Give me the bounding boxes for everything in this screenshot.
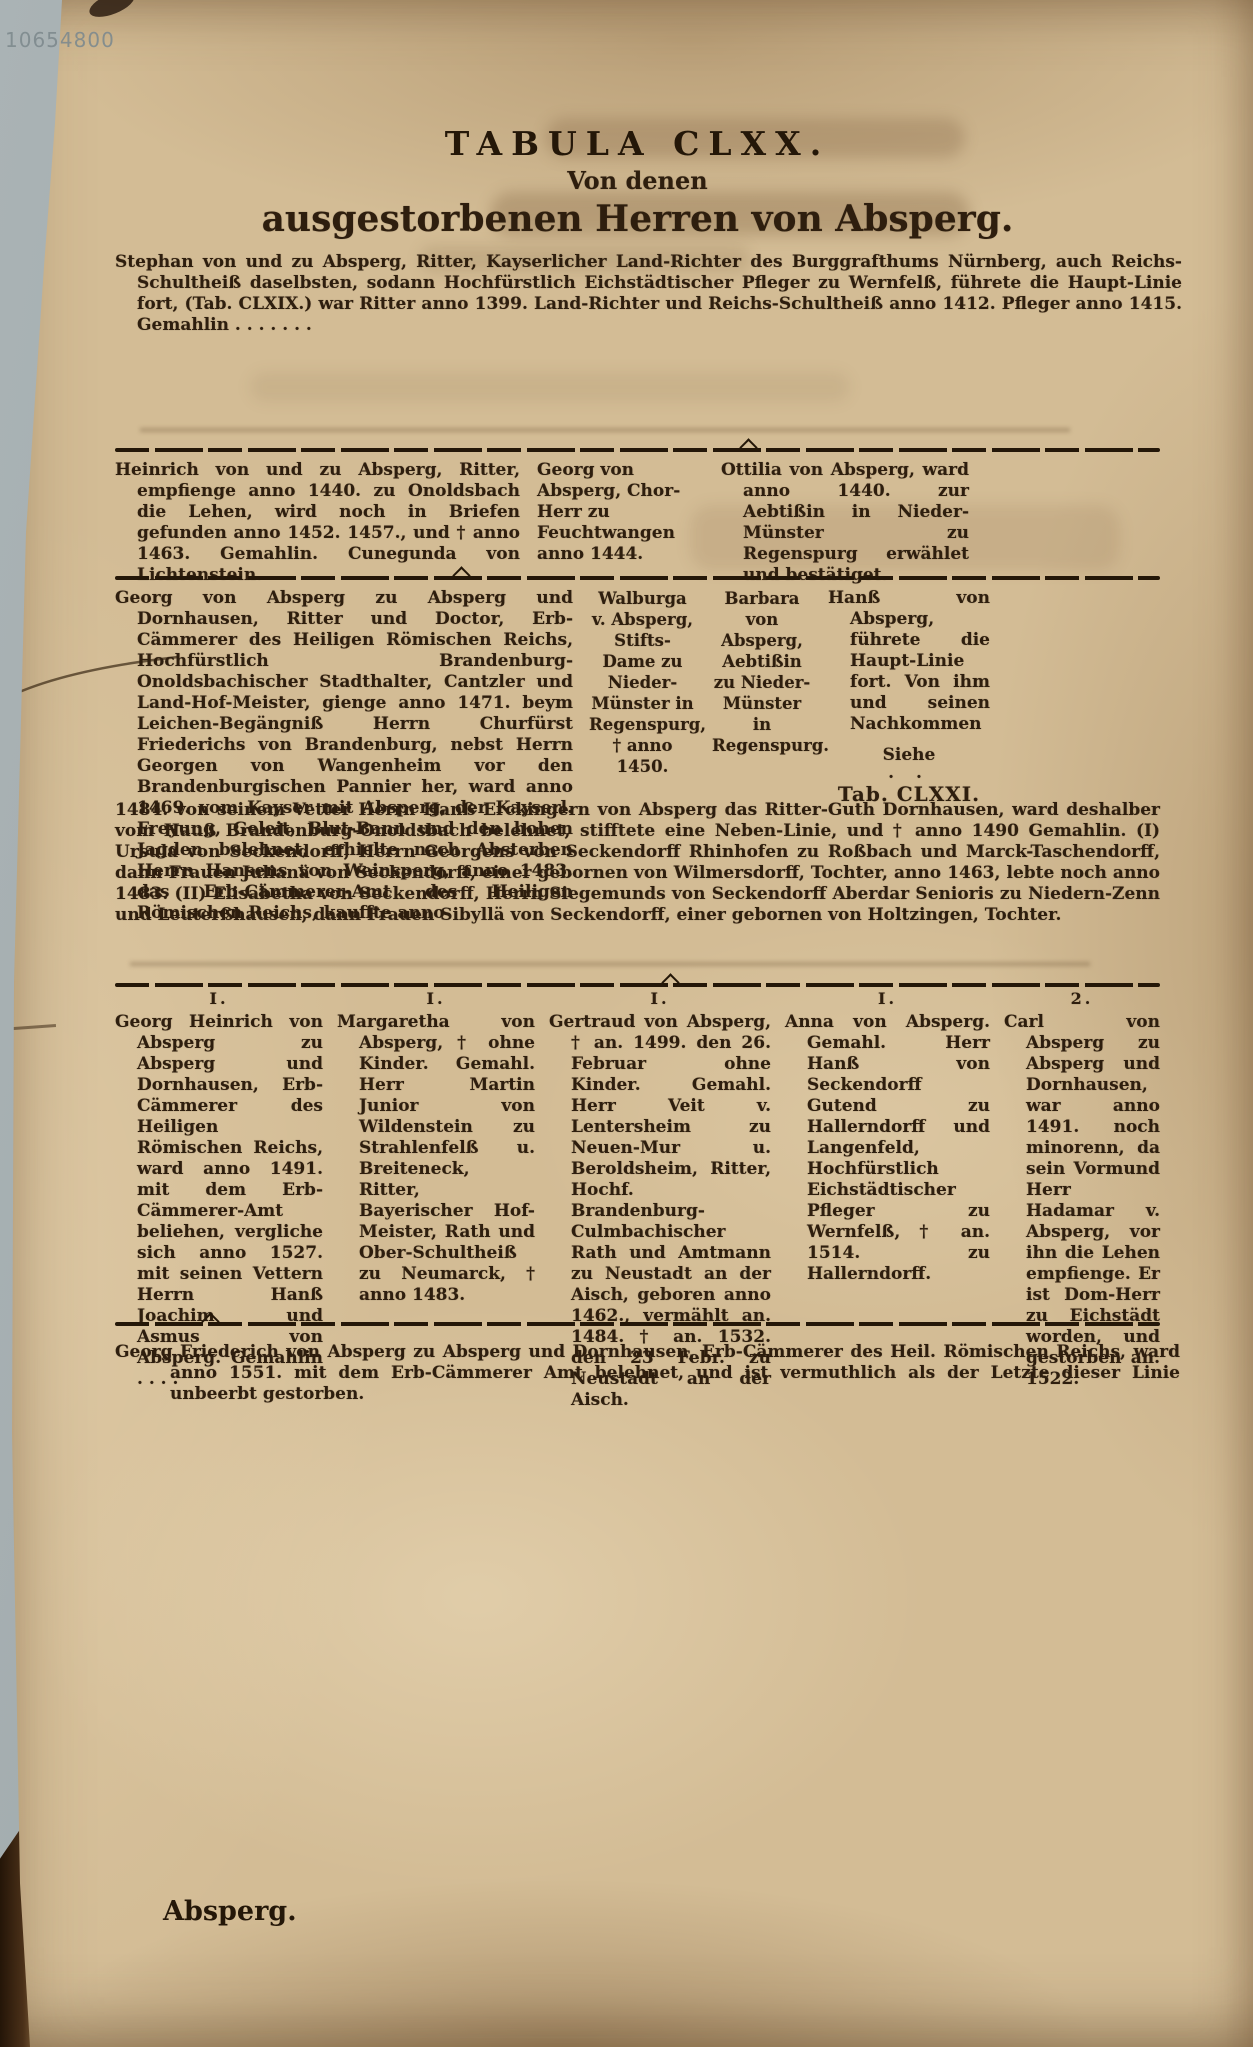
- generation4-numbers-row: I. I. I. I. 2.: [115, 988, 1160, 1009]
- page-paper: TABULA CLXX. Von denen ausgestorbenen He…: [0, 0, 1253, 2047]
- generation-divider: [115, 983, 1160, 987]
- margin-dash-mark: [0, 1024, 56, 1031]
- column-number: I.: [337, 988, 535, 1009]
- person-entry-hanss-text: Hanß von Absperg, führete die Haupt-Lini…: [828, 588, 990, 735]
- descent-caret-icon: [739, 438, 757, 456]
- generation-divider: [115, 1322, 1160, 1326]
- title-main: ausgestorbenen Herren von Absperg.: [115, 198, 1160, 240]
- person-entry-georg-chorherr: Georg von Absperg, Chor-Herr zu Feuchtwa…: [537, 460, 704, 586]
- georg-doctor-continuation: 1484. von seinem Vetter Herrn Hanß Ercki…: [115, 800, 1160, 926]
- scan-watermark: 10654800: [5, 28, 115, 52]
- tabula-number-heading: TABULA CLXX.: [115, 124, 1160, 164]
- column-number: I.: [549, 988, 771, 1009]
- column-number: I.: [785, 988, 990, 1009]
- generation2-row: Heinrich von und zu Absperg, Ritter, emp…: [115, 460, 1160, 586]
- title-von-denen: Von denen: [115, 166, 1160, 196]
- generation-divider: [115, 448, 1160, 452]
- generation-divider: [115, 576, 1160, 580]
- person-entry-ottilia: Ottilia von Absperg, ward anno 1440. zur…: [721, 460, 969, 586]
- page-title-block: TABULA CLXX. Von denen ausgestorbenen He…: [115, 124, 1160, 240]
- intro-paragraph-stephan: Stephan von und zu Absperg, Ritter, Kays…: [115, 252, 1182, 336]
- person-entry-georg-friederich: Georg Friederich von Absperg zu Absperg …: [115, 1342, 1180, 1405]
- page-content: TABULA CLXX. Von denen ausgestorbenen He…: [115, 0, 1160, 2047]
- see-dots: . .: [828, 766, 990, 780]
- column-number: I.: [115, 988, 323, 1009]
- column-number: 2.: [1004, 988, 1160, 1009]
- scanned-page: TABULA CLXX. Von denen ausgestorbenen He…: [0, 0, 1253, 2047]
- signature-catchword: Absperg.: [163, 1896, 297, 1927]
